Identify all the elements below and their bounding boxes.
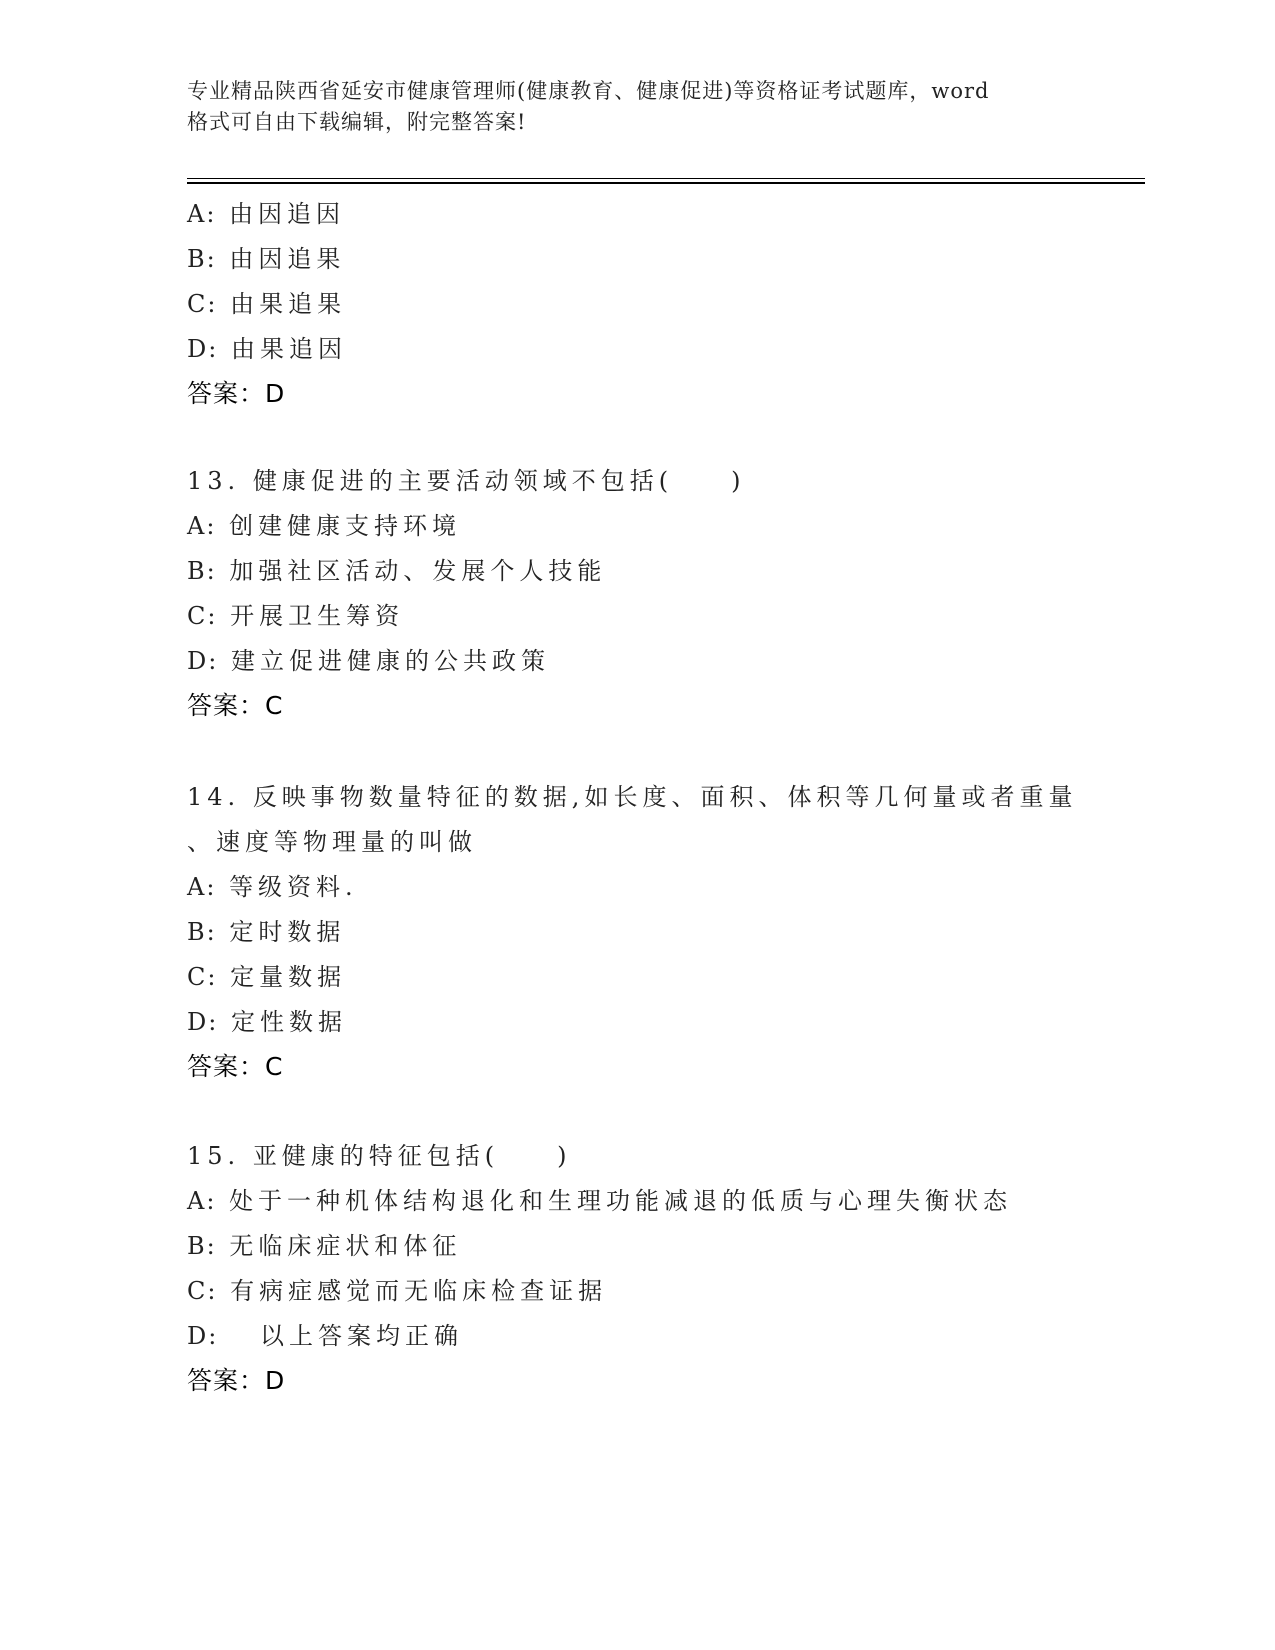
- question-stem: 15. 亚健康的特征包括( ): [187, 1141, 572, 1171]
- answer: 答案：D: [187, 1366, 285, 1396]
- option-d: D: 建立促进健康的公共政策: [187, 646, 550, 676]
- answer: 答案：C: [187, 691, 283, 721]
- question-stem: 14. 反映事物数量特征的数据,如长度、面积、体积等几何量或者重量: [187, 782, 1077, 812]
- header-line-1: 专业精品陕西省延安市健康管理师(健康教育、健康促进)等资格证考试题库，word: [187, 76, 1087, 107]
- option-d: D: 以上答案均正确: [187, 1321, 463, 1351]
- question-stem-continued: 、速度等物理量的叫做: [187, 827, 477, 857]
- option-a: A: 创建健康支持环境: [187, 511, 461, 541]
- header-divider-thick: [187, 182, 1145, 184]
- option-b: B: 由因追果: [187, 244, 345, 274]
- option-b: B: 定时数据: [187, 917, 345, 947]
- option-b: B: 加强社区活动、发展个人技能: [187, 556, 606, 586]
- option-c: C: 开展卫生筹资: [187, 601, 404, 631]
- answer: 答案：D: [187, 379, 285, 409]
- document-header: 专业精品陕西省延安市健康管理师(健康教育、健康促进)等资格证考试题库，word …: [187, 76, 1087, 138]
- option-d: D: 定性数据: [187, 1007, 347, 1037]
- header-line-2: 格式可自由下载编辑，附完整答案!: [187, 107, 1087, 138]
- option-c: C: 定量数据: [187, 962, 346, 992]
- option-a: A: 等级资料.: [187, 872, 358, 902]
- option-c: C: 由果追果: [187, 289, 346, 319]
- option-d: D: 由果追因: [187, 334, 347, 364]
- answer: 答案：C: [187, 1052, 283, 1082]
- option-a: A: 由因追因: [187, 199, 345, 229]
- option-a: A: 处于一种机体结构退化和生理功能减退的低质与心理失衡状态: [187, 1186, 1012, 1216]
- option-c: C: 有病症感觉而无临床检查证据: [187, 1276, 607, 1306]
- option-b: B: 无临床症状和体征: [187, 1231, 461, 1261]
- header-divider-thin: [187, 178, 1145, 179]
- question-stem: 13. 健康促进的主要活动领域不包括( ): [187, 466, 746, 496]
